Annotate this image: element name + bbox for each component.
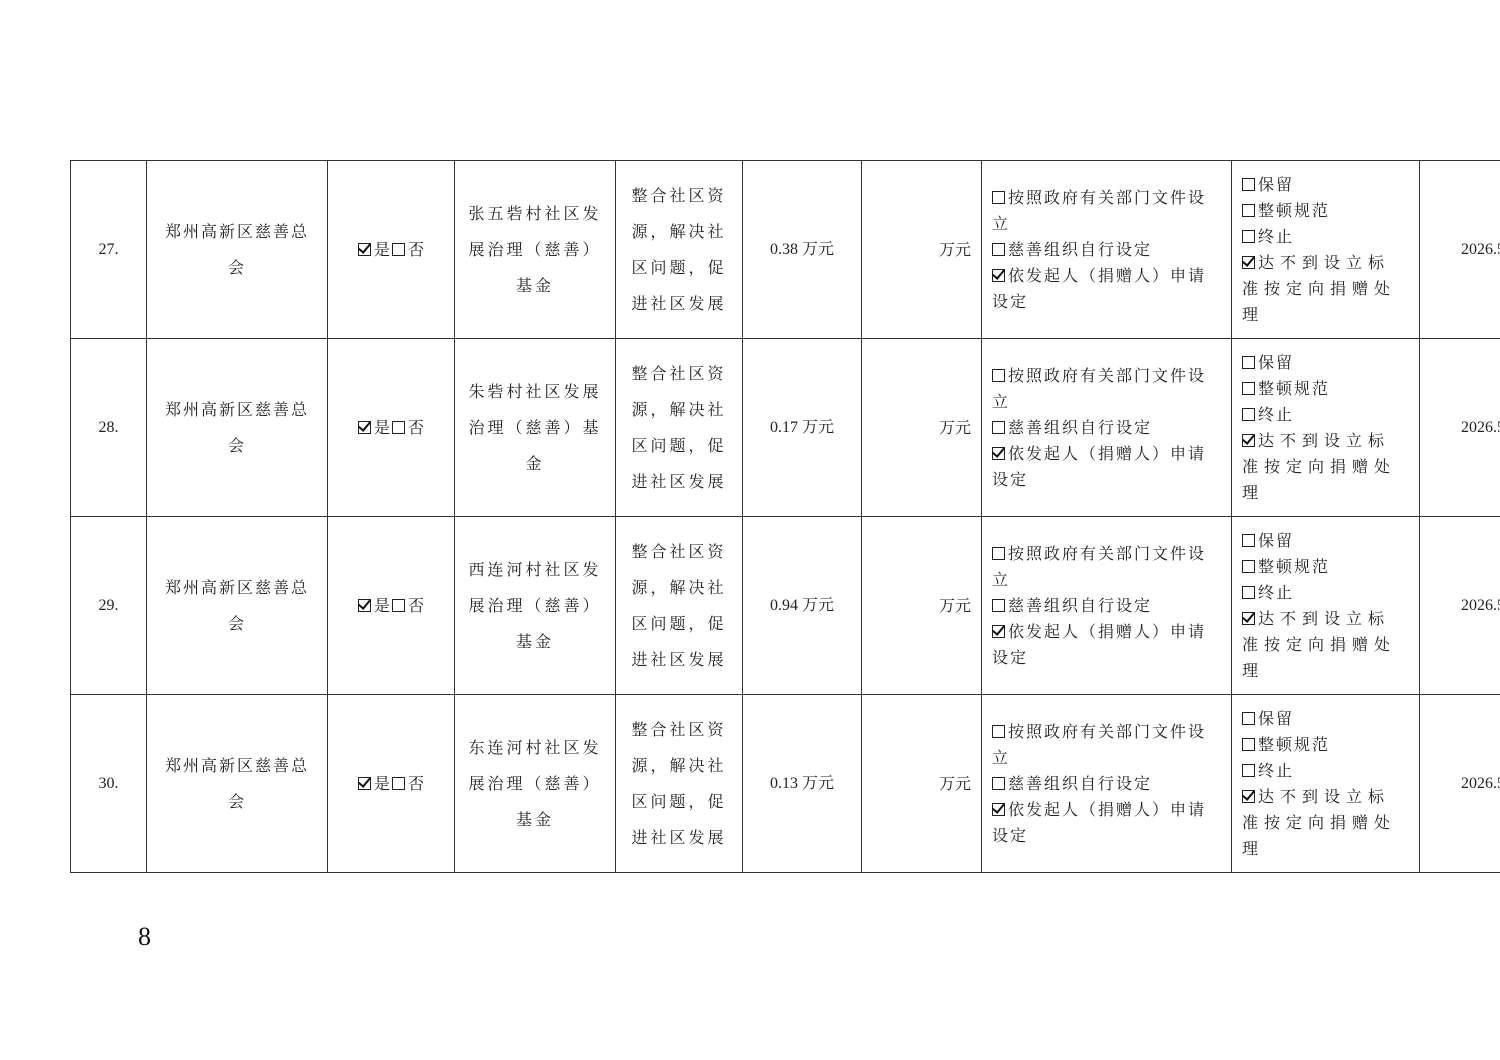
fund-name-cell: 张五砦村社区发展治理（慈善）基金 <box>455 161 616 339</box>
checkbox[interactable] <box>992 803 1005 816</box>
option-label: 达不到设立标准按定向捐赠处理 <box>1242 431 1396 502</box>
option-label: 终止 <box>1258 761 1294 780</box>
option-label: 保留 <box>1258 175 1294 194</box>
source-option: 慈善组织自行设定 <box>992 415 1221 441</box>
purpose-cell: 整合社区资源，解决社区问题，促进社区发展 <box>616 517 743 695</box>
amount-cell: 0.13 万元 <box>743 695 862 873</box>
source-option: 慈善组织自行设定 <box>992 593 1221 619</box>
yes-checkbox[interactable] <box>358 777 371 790</box>
table-row: 28. 郑州高新区慈善总会 是否 朱砦村社区发展治理（慈善）基金 整合社区资源，… <box>71 339 1500 517</box>
amount2-cell: 万元 <box>862 517 982 695</box>
deadline-date-cell: 2026.5.30 <box>1420 339 1500 517</box>
yes-checkbox[interactable] <box>358 599 371 612</box>
action-option: 保留 <box>1242 172 1409 198</box>
source-options-cell: 按照政府有关部门文件设立 慈善组织自行设定 依发起人（捐赠人）申请设定 <box>982 695 1232 873</box>
action-option: 达不到设立标准按定向捐赠处理 <box>1242 784 1409 862</box>
action-option: 达不到设立标准按定向捐赠处理 <box>1242 606 1409 684</box>
option-label: 达不到设立标准按定向捐赠处理 <box>1242 253 1396 324</box>
action-options-cell: 保留 整顿规范 终止 达不到设立标准按定向捐赠处理 <box>1232 161 1420 339</box>
table-row: 29. 郑州高新区慈善总会 是否 西连河村社区发展治理（慈善）基金 整合社区资源… <box>71 517 1500 695</box>
option-label: 依发起人（捐赠人）申请设定 <box>992 800 1206 845</box>
no-label: 否 <box>408 418 424 437</box>
option-label: 依发起人（捐赠人）申请设定 <box>992 622 1206 667</box>
option-label: 整顿规范 <box>1258 557 1330 576</box>
checkbox[interactable] <box>1242 434 1255 447</box>
row-index: 28. <box>71 339 147 517</box>
purpose-cell: 整合社区资源，解决社区问题，促进社区发展 <box>616 339 743 517</box>
checkbox[interactable] <box>1242 204 1255 217</box>
option-label: 终止 <box>1258 583 1294 602</box>
source-option: 依发起人（捐赠人）申请设定 <box>992 441 1221 493</box>
action-option: 保留 <box>1242 350 1409 376</box>
action-option: 终止 <box>1242 224 1409 250</box>
checkbox[interactable] <box>992 625 1005 638</box>
option-label: 按照政府有关部门文件设立 <box>992 366 1206 411</box>
action-option: 整顿规范 <box>1242 376 1409 402</box>
checkbox[interactable] <box>1242 408 1255 421</box>
option-label: 终止 <box>1258 405 1294 424</box>
no-label: 否 <box>408 596 424 615</box>
deadline-date-cell: 2026.5.30 <box>1420 695 1500 873</box>
option-label: 整顿规范 <box>1258 735 1330 754</box>
source-option: 依发起人（捐赠人）申请设定 <box>992 619 1221 671</box>
option-label: 慈善组织自行设定 <box>1008 240 1152 259</box>
amount-cell: 0.94 万元 <box>743 517 862 695</box>
fund-table: 27. 郑州高新区慈善总会 是否 张五砦村社区发展治理（慈善）基金 整合社区资源… <box>70 160 1500 873</box>
checkbox[interactable] <box>992 243 1005 256</box>
option-label: 依发起人（捐赠人）申请设定 <box>992 266 1206 311</box>
no-label: 否 <box>408 774 424 793</box>
no-checkbox[interactable] <box>392 243 405 256</box>
source-option: 依发起人（捐赠人）申请设定 <box>992 263 1221 315</box>
action-option: 整顿规范 <box>1242 732 1409 758</box>
checkbox[interactable] <box>1242 586 1255 599</box>
action-option: 保留 <box>1242 706 1409 732</box>
fund-name-cell: 西连河村社区发展治理（慈善）基金 <box>455 517 616 695</box>
source-option: 按照政府有关部门文件设立 <box>992 363 1221 415</box>
table-row: 27. 郑州高新区慈善总会 是否 张五砦村社区发展治理（慈善）基金 整合社区资源… <box>71 161 1500 339</box>
amount2-cell: 万元 <box>862 339 982 517</box>
deadline-date-cell: 2026.5.30 <box>1420 517 1500 695</box>
option-label: 保留 <box>1258 531 1294 550</box>
yes-no-cell: 是否 <box>328 339 455 517</box>
page-number: 8 <box>138 922 151 952</box>
action-option: 终止 <box>1242 580 1409 606</box>
source-option: 按照政府有关部门文件设立 <box>992 719 1221 771</box>
checkbox[interactable] <box>1242 534 1255 547</box>
no-label: 否 <box>408 240 424 259</box>
action-option: 整顿规范 <box>1242 198 1409 224</box>
source-option: 慈善组织自行设定 <box>992 771 1221 797</box>
source-options-cell: 按照政府有关部门文件设立 慈善组织自行设定 依发起人（捐赠人）申请设定 <box>982 517 1232 695</box>
yes-label: 是 <box>374 240 390 259</box>
checkbox[interactable] <box>1242 790 1255 803</box>
yes-label: 是 <box>374 774 390 793</box>
checkbox[interactable] <box>992 447 1005 460</box>
option-label: 慈善组织自行设定 <box>1008 596 1152 615</box>
checkbox[interactable] <box>992 421 1005 434</box>
option-label: 按照政府有关部门文件设立 <box>992 722 1206 767</box>
yes-label: 是 <box>374 596 390 615</box>
row-index: 27. <box>71 161 147 339</box>
source-option: 按照政府有关部门文件设立 <box>992 185 1221 237</box>
action-options-cell: 保留 整顿规范 终止 达不到设立标准按定向捐赠处理 <box>1232 695 1420 873</box>
organization-cell: 郑州高新区慈善总会 <box>147 695 328 873</box>
checkbox[interactable] <box>992 191 1005 204</box>
amount-cell: 0.38 万元 <box>743 161 862 339</box>
organization-cell: 郑州高新区慈善总会 <box>147 339 328 517</box>
checkbox[interactable] <box>992 269 1005 282</box>
checkbox[interactable] <box>1242 230 1255 243</box>
source-option: 依发起人（捐赠人）申请设定 <box>992 797 1221 849</box>
checkbox[interactable] <box>1242 764 1255 777</box>
yes-checkbox[interactable] <box>358 421 371 434</box>
checkbox[interactable] <box>992 599 1005 612</box>
yes-no-cell: 是否 <box>328 695 455 873</box>
option-label: 保留 <box>1258 709 1294 728</box>
amount2-cell: 万元 <box>862 161 982 339</box>
action-option: 终止 <box>1242 402 1409 428</box>
checkbox[interactable] <box>1242 256 1255 269</box>
source-option: 慈善组织自行设定 <box>992 237 1221 263</box>
option-label: 达不到设立标准按定向捐赠处理 <box>1242 787 1396 858</box>
checkbox[interactable] <box>1242 560 1255 573</box>
option-label: 按照政府有关部门文件设立 <box>992 188 1206 233</box>
yes-checkbox[interactable] <box>358 243 371 256</box>
source-options-cell: 按照政府有关部门文件设立 慈善组织自行设定 依发起人（捐赠人）申请设定 <box>982 161 1232 339</box>
row-index: 29. <box>71 517 147 695</box>
action-options-cell: 保留 整顿规范 终止 达不到设立标准按定向捐赠处理 <box>1232 339 1420 517</box>
option-label: 慈善组织自行设定 <box>1008 418 1152 437</box>
organization-cell: 郑州高新区慈善总会 <box>147 161 328 339</box>
option-label: 慈善组织自行设定 <box>1008 774 1152 793</box>
yes-no-cell: 是否 <box>328 161 455 339</box>
checkbox[interactable] <box>1242 178 1255 191</box>
checkbox[interactable] <box>1242 738 1255 751</box>
option-label: 整顿规范 <box>1258 379 1330 398</box>
deadline-date-cell: 2026.5.30 <box>1420 161 1500 339</box>
purpose-cell: 整合社区资源，解决社区问题，促进社区发展 <box>616 695 743 873</box>
checkbox[interactable] <box>992 777 1005 790</box>
checkbox[interactable] <box>992 547 1005 560</box>
checkbox[interactable] <box>1242 612 1255 625</box>
amount-cell: 0.17 万元 <box>743 339 862 517</box>
organization-cell: 郑州高新区慈善总会 <box>147 517 328 695</box>
source-options-cell: 按照政府有关部门文件设立 慈善组织自行设定 依发起人（捐赠人）申请设定 <box>982 339 1232 517</box>
no-checkbox[interactable] <box>392 777 405 790</box>
table-row: 30. 郑州高新区慈善总会 是否 东连河村社区发展治理（慈善）基金 整合社区资源… <box>71 695 1500 873</box>
source-option: 按照政府有关部门文件设立 <box>992 541 1221 593</box>
fund-table-body: 27. 郑州高新区慈善总会 是否 张五砦村社区发展治理（慈善）基金 整合社区资源… <box>71 161 1500 873</box>
action-option: 终止 <box>1242 758 1409 784</box>
action-option: 达不到设立标准按定向捐赠处理 <box>1242 250 1409 328</box>
action-option: 整顿规范 <box>1242 554 1409 580</box>
amount2-cell: 万元 <box>862 695 982 873</box>
fund-name-cell: 东连河村社区发展治理（慈善）基金 <box>455 695 616 873</box>
option-label: 达不到设立标准按定向捐赠处理 <box>1242 609 1396 680</box>
checkbox[interactable] <box>1242 712 1255 725</box>
option-label: 依发起人（捐赠人）申请设定 <box>992 444 1206 489</box>
yes-no-cell: 是否 <box>328 517 455 695</box>
yes-label: 是 <box>374 418 390 437</box>
checkbox[interactable] <box>1242 382 1255 395</box>
no-checkbox[interactable] <box>392 421 405 434</box>
row-index: 30. <box>71 695 147 873</box>
fund-name-cell: 朱砦村社区发展治理（慈善）基金 <box>455 339 616 517</box>
option-label: 终止 <box>1258 227 1294 246</box>
purpose-cell: 整合社区资源，解决社区问题，促进社区发展 <box>616 161 743 339</box>
checkbox[interactable] <box>1242 356 1255 369</box>
action-option: 保留 <box>1242 528 1409 554</box>
no-checkbox[interactable] <box>392 599 405 612</box>
option-label: 按照政府有关部门文件设立 <box>992 544 1206 589</box>
option-label: 保留 <box>1258 353 1294 372</box>
action-options-cell: 保留 整顿规范 终止 达不到设立标准按定向捐赠处理 <box>1232 517 1420 695</box>
action-option: 达不到设立标准按定向捐赠处理 <box>1242 428 1409 506</box>
checkbox[interactable] <box>992 725 1005 738</box>
option-label: 整顿规范 <box>1258 201 1330 220</box>
checkbox[interactable] <box>992 369 1005 382</box>
